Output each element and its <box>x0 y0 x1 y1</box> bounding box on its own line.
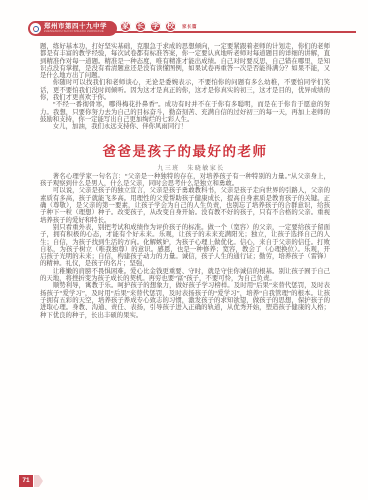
column-badges: 家 长 学 校 家长篇 <box>120 21 197 32</box>
page-number-decoration <box>34 475 43 487</box>
column-badge-1: 家 <box>120 21 131 32</box>
page-number-badge: 71 <box>19 475 33 487</box>
intro-paragraph: 你随时可以找我们和老师谈心，无论是委婉表示，不要怕你的问题有多么幼稚，不要怕同学… <box>40 79 330 101</box>
column-badge-3: 学 <box>150 21 161 32</box>
article-paragraph: 让稚嫩的肩膀不畏惧困难。爱心比金钱更重要、守时，就是守住你诚信的根基。别让孩子囿… <box>40 268 330 283</box>
page-content: 题，练好基本功，打好坚实基础，克服急于求成的思想倾向，一定要紧跟着老师的计划走，… <box>40 43 330 319</box>
column-badge-suffix: 家长篇 <box>182 24 197 30</box>
intro-paragraph: “不经一番彻骨寒，哪得梅花扑鼻香”。成功有时并不在于你有多聪明，而是在于你肯于愿… <box>40 101 330 123</box>
magazine-page: 郑州市第四十九中学 ZHENGZHOU SHI DI SISHIJIU ZHON… <box>0 0 368 500</box>
intro-paragraph: 题，练好基本功，打好坚实基础，克服急于求成的思想倾向，一定要紧跟着老师的计划走，… <box>40 43 330 79</box>
school-subtitle: ZHENGZHOU SHI DI SISHIJIU ZHONGXUE <box>44 30 104 33</box>
article-title: 爸爸是孩子的最好的老师 <box>40 144 330 160</box>
footer: 71 <box>19 475 43 487</box>
article-paragraph: 顺势利导，寓教于乐。呵护孩子的想象力，做好孩子学习榜样。及时用“后果”来替代惩罚… <box>40 282 330 318</box>
school-name-block: 郑州市第四十九中学 ZHENGZHOU SHI DI SISHIJIU ZHON… <box>44 24 110 34</box>
article-paragraph: 可以说，父亲是孩子的独立宣言，父亲是孩子勇敢教科书，父亲是孩子走向世界的引路人，… <box>40 187 330 223</box>
intro-paragraph: 女儿，加油，我们永远支持你、伴你风雨同行！ <box>40 123 330 130</box>
column-badge-2: 长 <box>135 21 146 32</box>
school-logo-icon <box>30 23 41 34</box>
article-paragraph: 著名心理学家一句名言：“父亲是一种独特的存在，对培养孩子有一种特别的力量。”从父… <box>40 173 330 188</box>
column-badge-4: 校 <box>165 21 176 32</box>
article-byline: 九三班 朱晓敏家长 <box>40 166 330 173</box>
school-banner: 郑州市第四十九中学 ZHENGZHOU SHI DI SISHIJIU ZHON… <box>28 21 117 36</box>
article-paragraph: 别只看重外表，别把考试和成绩作为评价孩子的标准。做一个（宽容）的父亲，一定要给孩… <box>40 224 330 268</box>
